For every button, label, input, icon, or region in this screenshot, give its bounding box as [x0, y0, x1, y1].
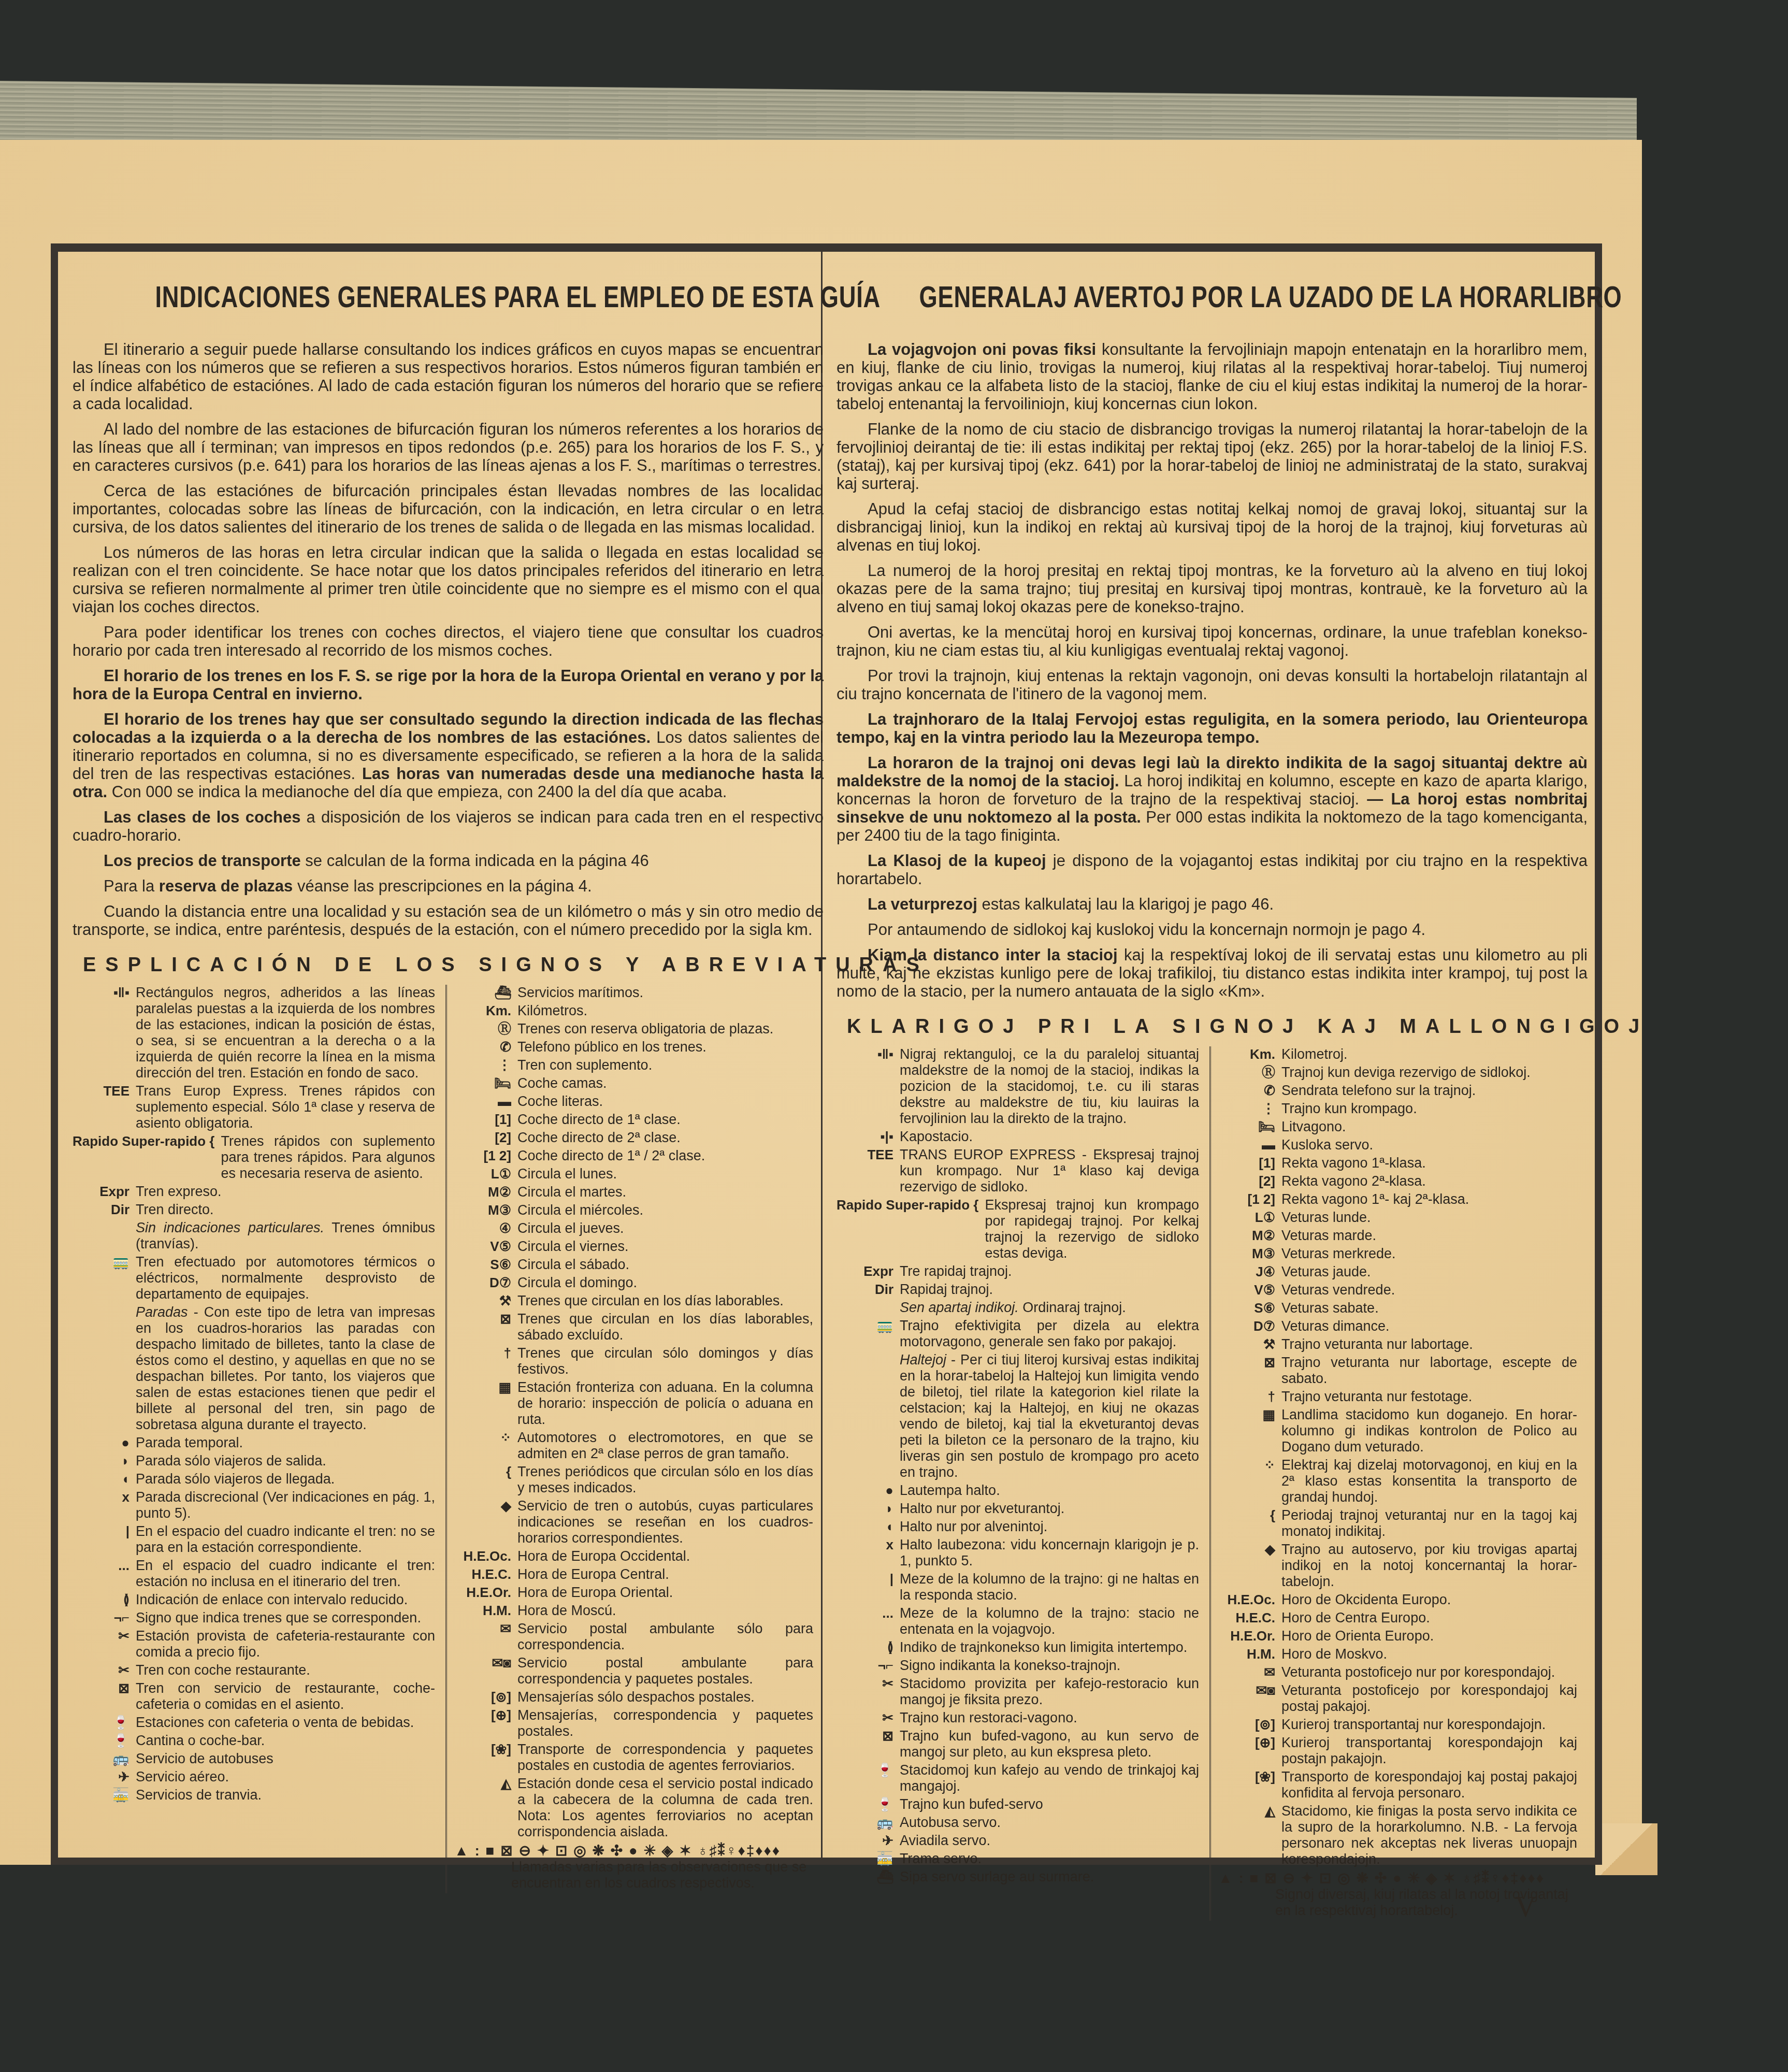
- legend-text: Circula el miércoles.: [517, 1202, 643, 1218]
- station-cafe-icon: 🍷: [73, 1715, 136, 1731]
- text-run: Por trovi la trajnojn, kiuj entenas la r…: [837, 667, 1588, 703]
- intro-paragraph: La horaron de la trajnoj oni devas legi …: [837, 754, 1588, 844]
- legend-abbreviation: H.E.C.: [454, 1566, 517, 1582]
- esperanto-title: GENERALAJ AVERTOJ POR LA UZADO DE LA HOR…: [919, 280, 1505, 314]
- legend-item: V⑤Veturas vendrede.: [1218, 1282, 1577, 1298]
- legend-text: Veturas vendrede.: [1281, 1282, 1395, 1298]
- air-service-icon: ✈: [73, 1769, 136, 1785]
- legend-text: Halto nur por alvenintoj.: [900, 1519, 1047, 1534]
- postal-end-icon: ◭: [454, 1776, 517, 1792]
- periodic-train-icon: {: [454, 1464, 517, 1480]
- page-corner-fold: [1595, 1823, 1657, 1875]
- legend-item: xParada discrecional (Ver indicaciones e…: [73, 1489, 435, 1521]
- legend-text: Trenes con reserva obligatoria de plazas…: [517, 1021, 773, 1037]
- legend-item: 🚌Autobusa servo.: [837, 1815, 1199, 1831]
- intro-paragraph: La vojagvojon oni povas fiksi konsultant…: [837, 340, 1588, 413]
- legend-text: Rectángulos negros, adheridos a las líne…: [136, 985, 435, 1081]
- legend-item: [❀]Transporto de korespondajoj kaj posta…: [1218, 1769, 1577, 1801]
- legend-text: Servicio de autobuses: [136, 1751, 273, 1766]
- legend-text: Parada discrecional (Ver indicaciones en…: [136, 1489, 435, 1521]
- legend-text: Veturanta postoficejo nur por koresponda…: [1281, 1664, 1555, 1680]
- legend-description: Trajnoj kun deviga rezervigo de sidlokoj…: [1281, 1064, 1577, 1081]
- through-coach-2nd-icon: [2]: [454, 1130, 517, 1146]
- legend-italic-key: Sin indicaciones particulares.: [136, 1220, 324, 1235]
- courier-parcels-icon: [⊕]: [1218, 1735, 1281, 1751]
- legend-text: Tren expreso.: [136, 1184, 222, 1199]
- legend-abbreviation: Dir: [837, 1282, 900, 1298]
- buffet-service-icon: ⊠: [73, 1680, 136, 1696]
- bar-car-icon: 🍷: [837, 1796, 900, 1812]
- temporary-stop-icon: ●: [73, 1435, 136, 1451]
- legend-description: Kilometroj.: [1281, 1046, 1577, 1062]
- legend-abbreviation: M③: [1218, 1246, 1281, 1262]
- legend-item: ◗Parada sólo viajeros de salida.: [73, 1453, 435, 1469]
- legend-description: Horo de Okcidenta Europo.: [1281, 1592, 1577, 1608]
- legend-item: ▬Kusloka servo.: [1218, 1137, 1577, 1153]
- legend-item: ●Parada temporal.: [73, 1435, 435, 1451]
- legend-description: Stacidomo provizita per kafejo-restoraci…: [900, 1676, 1199, 1708]
- legend-description: Trajno veturanta nur labortage, escepte …: [1281, 1355, 1577, 1387]
- legend-description: Trenes que circulan en los días laborabl…: [517, 1293, 813, 1309]
- legend-description: Trenes periódicos que circulan sólo en l…: [517, 1464, 813, 1496]
- arrival-only-icon: ◖: [837, 1519, 900, 1535]
- legend-description: Tren con suplemento.: [517, 1057, 813, 1073]
- legend-description: Servicio postal ambulante sólo para corr…: [517, 1621, 813, 1653]
- legend-text: Circula el sábado.: [517, 1257, 629, 1272]
- legend-text: Aviadila servo.: [900, 1833, 990, 1848]
- legend-item: ⓇTrenes con reserva obligatoria de plaza…: [454, 1021, 813, 1037]
- legend-text: Trenes que circulan sólo domingos y días…: [517, 1345, 813, 1377]
- legend-text: Kurieroj transportantaj korespondajojn k…: [1281, 1735, 1577, 1766]
- legend-italic-key: Paradas: [136, 1304, 188, 1320]
- weekdays-except-saturday-icon: ⊠: [1218, 1355, 1281, 1371]
- esperanto-legend-col-2: Km.Kilometroj.ⓇTrajnoj kun deviga rezerv…: [1209, 1046, 1588, 1921]
- legend-item: ▪‖▪Rectángulos negros, adheridos a las l…: [73, 985, 435, 1081]
- legend-description: Servicio de autobuses: [136, 1751, 435, 1767]
- dining-car-icon: ✂: [837, 1710, 900, 1726]
- legend-abbreviation: V⑤: [1218, 1282, 1281, 1298]
- legend-description: Signo indikanta la konekso-trajnojn.: [900, 1658, 1199, 1674]
- legend-description: Trama servo.: [900, 1851, 1199, 1867]
- legend-description: Horo de Orienta Europo.: [1281, 1628, 1577, 1644]
- legend-text: Servicio de tren o autobús, cuyas partic…: [517, 1498, 813, 1546]
- mail-only-icon: ✉: [454, 1621, 517, 1637]
- legend-item: Sen apartaj indikoj. Ordinaraj trajnoj.: [837, 1300, 1199, 1316]
- legend-description: Halto laubezona: vidu koncernajn klarigo…: [900, 1537, 1199, 1569]
- legend-description: Aviadila servo.: [900, 1833, 1199, 1849]
- station-cafe-icon: 🍷: [837, 1762, 900, 1778]
- legend-text: Sipa servo surlage au surmare.: [900, 1869, 1094, 1884]
- legend-item: ◗Halto nur por ekveturantoj.: [837, 1501, 1199, 1517]
- legend-item: ◆Trajno au autoservo, por kiu trovigas a…: [1218, 1542, 1577, 1590]
- legend-description: Halto nur por ekveturantoj.: [900, 1501, 1199, 1517]
- legend-item: L①Circula el lunes.: [454, 1166, 813, 1182]
- legend-description: Paradas - Con este tipo de letra van imp…: [136, 1304, 435, 1433]
- legend-description: Estación provista de cafeteria-restauran…: [136, 1628, 435, 1660]
- legend-item: †Trajno veturanta nur festotage.: [1218, 1389, 1577, 1405]
- legend-item: Rapido Super-rapido {Trenes rápidos con …: [73, 1133, 435, 1182]
- intro-paragraph: El horario de los trenes hay que ser con…: [73, 710, 824, 801]
- special-service-icon: ◆: [454, 1498, 517, 1514]
- legend-text: Rapidaj trajnoj.: [900, 1282, 993, 1297]
- legend-description: Trajno au autoservo, por kiu trovigas ap…: [1281, 1542, 1577, 1590]
- legend-text: Coche camas.: [517, 1075, 607, 1091]
- legend-description: Parada temporal.: [136, 1435, 435, 1451]
- customs-station-icon: ▦: [454, 1379, 517, 1395]
- legend-item: 🚃Tren efectuado por automotores térmicos…: [73, 1254, 435, 1302]
- sleeping-car-icon: 🛏: [454, 1075, 517, 1091]
- legend-text: Coche directo de 1ª / 2ª clase.: [517, 1148, 705, 1163]
- esperanto-legend: ▪‖▪Nigraj rektanguloj, ce la du paralelo…: [837, 1046, 1588, 1921]
- legend-description: Kapostacio.: [900, 1129, 1199, 1145]
- legend-item: 🍷Trajno kun bufed-servo: [837, 1796, 1199, 1812]
- through-coach-1st-icon: [1]: [1218, 1155, 1281, 1171]
- legend-description: Signo que indica trenes que se correspon…: [136, 1610, 435, 1626]
- legend-item: 🍷Estaciones con cafeteria o venta de beb…: [73, 1715, 435, 1731]
- bold-phrase: El horario de los trenes en los F. S. se…: [73, 667, 824, 703]
- bus-icon: 🚌: [837, 1815, 900, 1831]
- legend-abbreviation: ④: [454, 1220, 517, 1236]
- not-included-icon: ...: [837, 1605, 900, 1621]
- legend-description: Coche directo de 2ª clase.: [517, 1130, 813, 1146]
- intro-paragraph: Para la reserva de plazas véanse las pre…: [73, 877, 824, 895]
- legend-description: Indicación de enlace con intervalo reduc…: [136, 1592, 435, 1608]
- legend-abbreviation: L①: [1218, 1210, 1281, 1226]
- legend-abbreviation: Expr: [73, 1184, 136, 1200]
- bold-phrase: La trajnhoraro de la Italaj Fervojoj est…: [837, 710, 1588, 746]
- legend-description: Hora de Europa Central.: [517, 1566, 813, 1582]
- text-run: Con 000 se indica la medianoche del día …: [107, 783, 727, 801]
- legend-description: Trenes con reserva obligatoria de plazas…: [517, 1021, 813, 1037]
- legend-item: ▪|▪Kapostacio.: [837, 1129, 1199, 1145]
- legend-text: Veturanta postoficejo por korespondajoj …: [1281, 1682, 1577, 1714]
- legend-description: Periodaj trajnoj veturantaj nur en la ta…: [1281, 1507, 1577, 1539]
- departure-only-icon: ◗: [837, 1501, 900, 1517]
- legend-text: Trajnoj kun deviga rezervigo de sidlokoj…: [1281, 1064, 1531, 1080]
- temporary-stop-icon: ●: [837, 1483, 900, 1499]
- legend-text: Indicación de enlace con intervalo reduc…: [136, 1592, 408, 1607]
- legend-description: Rekta vagono 1ª-klasa.: [1281, 1155, 1577, 1171]
- text-run: Por antaumendo de sidlokoj kaj kuslokoj …: [868, 920, 1425, 939]
- legend-text: Trajno efektivigita per dizela au elektr…: [900, 1318, 1199, 1349]
- legend-description: Circula el martes.: [517, 1184, 813, 1200]
- text-run: Al lado del nombre de las estaciones de …: [73, 420, 824, 474]
- postal-end-icon: ◭: [1218, 1803, 1281, 1819]
- legend-description: Veturas sabate.: [1281, 1300, 1577, 1316]
- legend-description: Kilómetros.: [517, 1003, 813, 1019]
- tee-logo-icon: TEE: [837, 1147, 900, 1163]
- legend-item: Sin indicaciones particulares. Trenes óm…: [73, 1220, 435, 1252]
- legend-item: ⓇTrajnoj kun deviga rezervigo de sidloko…: [1218, 1064, 1577, 1081]
- tee-logo-icon: TEE: [73, 1083, 136, 1099]
- legend-item: ▬Coche literas.: [454, 1093, 813, 1110]
- legend-item: ¬⌐Signo indikanta la konekso-trajnojn.: [837, 1658, 1199, 1674]
- legend-description: Tren expreso.: [136, 1184, 435, 1200]
- legend-description: Transporto de korespondajoj kaj postaj p…: [1281, 1769, 1577, 1801]
- weekdays-icon: ⚒: [1218, 1336, 1281, 1352]
- legend-abbreviation: H.E.Oc.: [454, 1548, 517, 1564]
- legend-text: Lautempa halto.: [900, 1483, 1000, 1498]
- legend-item: ¬⌐Signo que indica trenes que se corresp…: [73, 1610, 435, 1626]
- legend-description: Hora de Europa Occidental.: [517, 1548, 813, 1564]
- legend-description: Trajno kun krompago.: [1281, 1101, 1577, 1117]
- legend-text: Nigraj rektanguloj, ce la du paraleloj s…: [900, 1046, 1199, 1126]
- legend-abbreviation: Rapido Super-rapido {: [837, 1197, 985, 1213]
- bold-phrase: Los precios de transporte: [104, 852, 301, 870]
- courier-parcels-icon: [⊕]: [454, 1707, 517, 1723]
- legend-italic-key: Haltejoj: [900, 1352, 946, 1368]
- courier-mail-icon: [⊚]: [1218, 1717, 1281, 1733]
- railway-custody-icon: [❀]: [454, 1742, 517, 1758]
- intro-paragraph: Por trovi la trajnojn, kiuj entenas la r…: [837, 667, 1588, 703]
- legend-item: ExprTre rapidaj trajnoj.: [837, 1263, 1199, 1279]
- legend-text: Trans Europ Express. Trenes rápidos con …: [136, 1083, 435, 1131]
- bold-phrase: La vojagvojon oni povas fiksi: [868, 340, 1096, 358]
- mail-only-icon: ✉: [1218, 1664, 1281, 1680]
- station-position-icon: ▪‖▪: [837, 1046, 900, 1062]
- legend-description: Trajno efektivigita per dizela au elektr…: [900, 1318, 1199, 1350]
- legend-text: Cantina o coche-bar.: [136, 1733, 265, 1748]
- legend-text: Landlima stacidomo kun doganejo. En hora…: [1281, 1407, 1577, 1455]
- legend-text: Trenes que circulan en los días laborabl…: [517, 1293, 784, 1308]
- legend-item: 🚋Trama servo.: [837, 1851, 1199, 1867]
- legend-text: Litvagono.: [1281, 1119, 1346, 1134]
- legend-text: Tren con coche restaurante.: [136, 1662, 310, 1678]
- legend-text: Parada temporal.: [136, 1435, 243, 1450]
- legend-abbreviation: M③: [454, 1202, 517, 1218]
- esperanto-intro: La vojagvojon oni povas fiksi konsultant…: [837, 340, 1588, 1000]
- legend-description: Circula el domingo.: [517, 1275, 813, 1291]
- legend-abbreviation: S⑥: [1218, 1300, 1281, 1316]
- legend-item: ✂Tren con coche restaurante.: [73, 1662, 435, 1678]
- page-number: V: [1515, 1891, 1536, 1924]
- supplement-icon: ⋮: [454, 1057, 517, 1073]
- text-run: Flanke de la nomo de ciu stacio de disbr…: [837, 420, 1588, 493]
- legend-description: Trajno kun bufed-servo: [900, 1796, 1199, 1812]
- legend-item: [2]Rekta vagono 2ª-klasa.: [1218, 1173, 1577, 1189]
- legend-description: Kurieroj transportantaj nur korespondajo…: [1281, 1717, 1577, 1733]
- legend-item: [1 2]Coche directo de 1ª / 2ª clase.: [454, 1148, 813, 1164]
- legend-description: Trenes que circulan en los días laborabl…: [517, 1311, 813, 1343]
- legend-text: Trajno kun restoraci-vagono.: [900, 1710, 1077, 1725]
- esperanto-legend-title: KLARIGOJ PRI LA SIGNOJ KAJ MALLONGIGOJ: [847, 1016, 1588, 1038]
- legend-item: ◭Estación donde cesa el servicio postal …: [454, 1776, 813, 1840]
- bus-icon: 🚌: [73, 1751, 136, 1767]
- legend-item: ✆Sendrata telefono sur la trajnoj.: [1218, 1083, 1577, 1099]
- legend-description: Veturanta postoficejo por korespondajoj …: [1281, 1682, 1577, 1715]
- callout-description: Llamadas varias para las observaciones q…: [454, 1859, 813, 1891]
- legend-description: Rekta vagono 2ª-klasa.: [1281, 1173, 1577, 1189]
- legend-item: [1]Coche directo de 1ª clase.: [454, 1112, 813, 1128]
- terminus-icon: ▪|▪: [837, 1129, 900, 1145]
- legend-text: Meze de la kolumno de la trajno: stacio …: [900, 1605, 1199, 1637]
- legend-text: Parada sólo viajeros de llegada.: [136, 1471, 335, 1487]
- legend-item: ExprTren expreso.: [73, 1184, 435, 1200]
- legend-item: [❀]Transporte de correspondencia y paque…: [454, 1742, 813, 1774]
- legend-description: Circula el sábado.: [517, 1257, 813, 1273]
- short-connection-icon: ≬: [837, 1639, 900, 1656]
- legend-description: Trenes rápidos con suplemento para trene…: [221, 1133, 435, 1182]
- text-run: Cerca de las estaciónes de bifurcación p…: [73, 482, 824, 536]
- legend-text: Trajno kun krompago.: [1281, 1101, 1417, 1116]
- legend-description: Servicio de tren o autobús, cuyas partic…: [517, 1498, 813, 1546]
- legend-abbreviation: Km.: [454, 1003, 517, 1019]
- legend-text: - Con este tipo de letra van impresas en…: [136, 1304, 435, 1432]
- legend-item: D⑦Circula el domingo.: [454, 1275, 813, 1291]
- legend-description: Telefono público en los trenes.: [517, 1039, 813, 1055]
- legend-item: ✂Trajno kun restoraci-vagono.: [837, 1710, 1199, 1726]
- legend-abbreviation: H.E.C.: [1218, 1610, 1281, 1626]
- customs-station-icon: ▦: [1218, 1407, 1281, 1423]
- legend-text: Hora de Europa Oriental.: [517, 1585, 673, 1600]
- legend-text: Circula el lunes.: [517, 1166, 617, 1182]
- legend-text: Trenes periódicos que circulan sólo en l…: [517, 1464, 813, 1495]
- telephone-icon: ✆: [1218, 1083, 1281, 1099]
- intro-paragraph: El itinerario a seguir puede hallarse co…: [73, 340, 824, 413]
- legend-item: [1]Rekta vagono 1ª-klasa.: [1218, 1155, 1577, 1171]
- spanish-legend-title: ESPLICACIÓN DE LOS SIGNOS Y ABREVIATURAS: [83, 954, 824, 976]
- legend-text: Kilometroj.: [1281, 1046, 1348, 1062]
- legend-italic-key: Sen apartaj indikoj.: [900, 1300, 1019, 1315]
- couchette-icon: ▬: [454, 1093, 517, 1110]
- legend-description: Veturas lunde.: [1281, 1210, 1577, 1226]
- legend-item: M③Veturas merkrede.: [1218, 1246, 1577, 1262]
- through-coach-1st-icon: [1]: [454, 1112, 517, 1128]
- legend-item: ...En el espacio del cuadro indicante el…: [73, 1558, 435, 1590]
- legend-item: ◭Stacidomo, kie finigas la posta servo i…: [1218, 1803, 1577, 1867]
- text-run: Apud la cefaj stacioj de disbrancigo est…: [837, 500, 1588, 554]
- legend-text: Circula el jueves.: [517, 1220, 624, 1236]
- legend-item: ⊠Trajno kun bufed-vagono, au kun servo d…: [837, 1728, 1199, 1760]
- legend-text: Kurieroj transportantaj nur korespondajo…: [1281, 1717, 1546, 1732]
- legend-description: Tren directo.: [136, 1202, 435, 1218]
- legend-text: En el espacio del cuadro indicante el tr…: [136, 1523, 435, 1555]
- railway-custody-icon: [❀]: [1218, 1769, 1281, 1785]
- legend-description: Tren efectuado por automotores térmicos …: [136, 1254, 435, 1302]
- text-run: véanse las prescripciones en la página 4…: [293, 877, 592, 895]
- callout-symbols-icon: ▲ : ■ ⊠ ⊖ ✦ ⊡ ◎ ❋ ✣ ● ✳ ◈ ✶ ♁♯⁑♀♦‡♦♦♦: [454, 1842, 813, 1859]
- sundays-holidays-icon: †: [1218, 1389, 1281, 1405]
- legend-description: Transporte de correspondencia y paquetes…: [517, 1742, 813, 1774]
- legend-description: Veturas jaude.: [1281, 1264, 1577, 1280]
- bold-phrase: Las clases de los coches: [104, 808, 300, 826]
- legend-text: Servicios de tranvia.: [136, 1787, 262, 1803]
- legend-description: Horo de Moskvo.: [1281, 1646, 1577, 1662]
- legend-text: Horo de Orienta Europo.: [1281, 1628, 1434, 1644]
- legend-item: D⑦Veturas dimance.: [1218, 1318, 1577, 1334]
- bold-phrase: reserva de plazas: [159, 877, 293, 895]
- legend-item: 🛏Litvagono.: [1218, 1119, 1577, 1135]
- legend-text: Tren con servicio de restaurante, coche-…: [136, 1680, 435, 1712]
- legend-text: Transporto de korespondajoj kaj postaj p…: [1281, 1769, 1577, 1801]
- legend-text: Tre rapidaj trajnoj.: [900, 1263, 1012, 1279]
- intro-paragraph: Apud la cefaj stacioj de disbrancigo est…: [837, 500, 1588, 554]
- legend-item: ⁘Automotores o electromotores, en que se…: [454, 1430, 813, 1462]
- station-restaurant-icon: ✂: [73, 1628, 136, 1644]
- legend-description: Servicios de tranvia.: [136, 1787, 435, 1803]
- periodic-train-icon: {: [1218, 1507, 1281, 1523]
- mail-parcels-icon: ✉◙: [1218, 1682, 1281, 1699]
- weekdays-except-saturday-icon: ⊠: [454, 1311, 517, 1327]
- legend-abbreviation: Km.: [1218, 1046, 1281, 1062]
- legend-text: Periodaj trajnoj veturantaj nur en la ta…: [1281, 1507, 1577, 1539]
- connection-icon: ¬⌐: [837, 1658, 900, 1674]
- through-coach-both-icon: [1 2]: [454, 1148, 517, 1164]
- legend-description: Sin indicaciones particulares. Trenes óm…: [136, 1220, 435, 1252]
- legend-text: Rekta vagono 2ª-klasa.: [1281, 1173, 1426, 1189]
- legend-item: H.E.Or.Hora de Europa Oriental.: [454, 1585, 813, 1601]
- reservation-icon: Ⓡ: [454, 1021, 517, 1037]
- legend-text: Servicio aéreo.: [136, 1769, 229, 1785]
- short-connection-icon: ≬: [73, 1592, 136, 1608]
- legend-item: [⊚]Mensajerías sólo despachos postales.: [454, 1689, 813, 1705]
- request-stop-icon: x: [837, 1537, 900, 1553]
- legend-item: L①Veturas lunde.: [1218, 1210, 1577, 1226]
- legend-text: Kapostacio.: [900, 1129, 973, 1144]
- legend-item: †Trenes que circulan sólo domingos y día…: [454, 1345, 813, 1377]
- legend-item: 🍷Stacidomoj kun kafejo au vendo de trink…: [837, 1762, 1199, 1794]
- legend-item: ⛴Servicios marítimos.: [454, 985, 813, 1001]
- legend-text: Kilómetros.: [517, 1003, 587, 1018]
- legend-item: ⚒Trajno veturanta nur labortage.: [1218, 1336, 1577, 1352]
- legend-description: TRANS EUROP EXPRESS - Ekspresaj trajnoj …: [900, 1147, 1199, 1195]
- intro-paragraph: Flanke de la nomo de ciu stacio de disbr…: [837, 420, 1588, 493]
- legend-item: ▪‖▪Nigraj rektanguloj, ce la du paralelo…: [837, 1046, 1199, 1127]
- legend-description: Stacidomo, kie finigas la posta servo in…: [1281, 1803, 1577, 1867]
- station-restaurant-icon: ✂: [837, 1676, 900, 1692]
- legend-description: Meze de la kolumno de la trajno: gi ne h…: [900, 1571, 1199, 1603]
- intro-paragraph: Kiam la distanco inter la stacioj kaj la…: [837, 946, 1588, 1000]
- couchette-icon: ▬: [1218, 1137, 1281, 1153]
- legend-description: Trenes que circulan sólo domingos y días…: [517, 1345, 813, 1377]
- reservation-icon: Ⓡ: [1218, 1064, 1281, 1081]
- legend-text: Tren directo.: [136, 1202, 214, 1217]
- legend-text: Mensajerías, correspondencia y paquetes …: [517, 1707, 813, 1739]
- spanish-legend-col-2: ⛴Servicios marítimos.Km.Kilómetros.ⓇTren…: [445, 985, 824, 1893]
- legend-description: En el espacio del cuadro indicante el tr…: [136, 1558, 435, 1590]
- legend-description: Coche directo de 1ª clase.: [517, 1112, 813, 1128]
- legend-text: Servicio postal ambulante sólo para corr…: [517, 1621, 813, 1652]
- request-stop-icon: x: [73, 1489, 136, 1505]
- legend-text: Signo indikanta la konekso-trajnojn.: [900, 1658, 1120, 1673]
- legend-item: ⚒Trenes que circulan en los días laborab…: [454, 1293, 813, 1309]
- legend-description: Sipa servo surlage au surmare.: [900, 1869, 1199, 1885]
- legend-description: Rapidaj trajnoj.: [900, 1282, 1199, 1298]
- legend-text: Trajno au autoservo, por kiu trovigas ap…: [1281, 1542, 1577, 1589]
- intro-paragraph: Oni avertas, ke la mencütaj horoj en kur…: [837, 623, 1588, 659]
- legend-description: Cantina o coche-bar.: [136, 1733, 435, 1749]
- legend-item: ≬Indiko de trajnkonekso kun limigita int…: [837, 1639, 1199, 1656]
- legend-text: Tren con suplemento.: [517, 1057, 652, 1073]
- legend-item: ✆Telefono público en los trenes.: [454, 1039, 813, 1055]
- legend-item: ✉◙Veturanta postoficejo por korespondajo…: [1218, 1682, 1577, 1715]
- legend-item: S⑥Circula el sábado.: [454, 1257, 813, 1273]
- legend-item: Haltejoj - Per ci tiuj literoj kursivaj …: [837, 1352, 1199, 1480]
- legend-description: Automotores o electromotores, en que se …: [517, 1430, 813, 1462]
- bold-phrase: La veturprezoj: [868, 895, 977, 913]
- legend-description: Veturas marde.: [1281, 1228, 1577, 1244]
- connection-icon: ¬⌐: [73, 1610, 136, 1626]
- legend-text: Indiko de trajnkonekso kun limigita inte…: [900, 1639, 1187, 1655]
- text-run: Los números de las horas en letra circul…: [73, 543, 824, 616]
- ship-icon: ⛴: [454, 985, 517, 1001]
- legend-text: Horo de Moskvo.: [1281, 1646, 1387, 1662]
- railcar-icon: 🚃: [837, 1318, 900, 1334]
- legend-abbreviation: H.E.Oc.: [1218, 1592, 1281, 1608]
- legend-abbreviation: D⑦: [1218, 1318, 1281, 1334]
- station-position-icon: ▪‖▪: [73, 985, 136, 1001]
- legend-text: Mensajerías sólo despachos postales.: [517, 1689, 755, 1705]
